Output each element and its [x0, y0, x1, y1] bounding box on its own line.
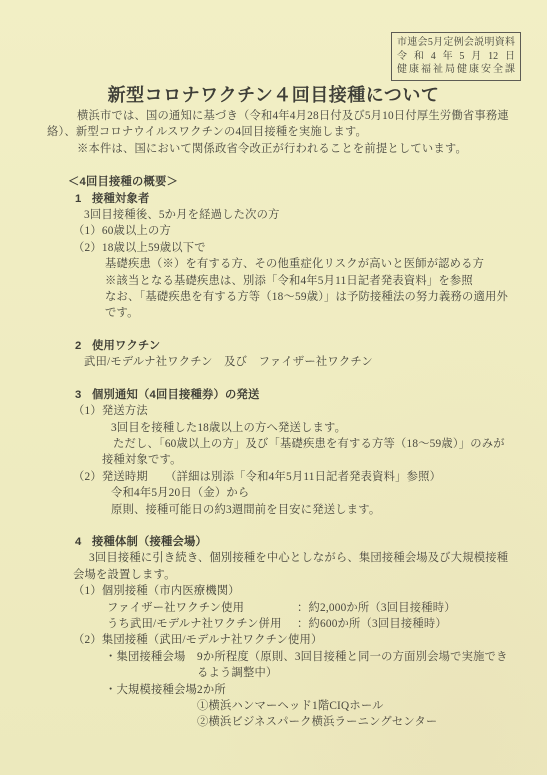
section-1-number: 1 — [75, 191, 92, 207]
section-1-item-2-detail-3: なお、「基礎疾患を有する方等（18～59歳）」は予防接種法の努力義務の適用外です… — [105, 289, 512, 322]
document-title: 新型コロナワクチン４回目接種について — [0, 81, 547, 107]
section-3-item-2-detail-2: 原則、接種可能日の約3週間前を目安に発送します。 — [111, 502, 512, 518]
section-4-intro-line: 3回目接種に引き続き、個別接種を中心としながら、集団接種会場及び大規模接種会場を… — [47, 550, 512, 583]
group-venue-label: ・集団接種会場 — [105, 649, 197, 682]
section-1-item-2-detail-1: 基礎疾患（※）を有する方、その他重症化リスクが高いと医師が認める方 — [105, 256, 512, 272]
section-3-item-2: （2）発送時期 （詳細は別添「令和4年5月11日記者発表資料」参照） — [73, 469, 512, 485]
section-1-heading: 1 接種対象者 — [75, 191, 512, 207]
section-4-item-2: （2）集団接種（武田/モデルナ社ワクチン使用） — [73, 632, 512, 648]
section-1-item-2: （2）18歳以上59歳以下で — [73, 240, 512, 256]
section-2-title: 使用ワクチン — [92, 338, 160, 354]
venue-line-2: ②横浜ビジネスパーク横浜ラーニングセンター — [197, 714, 512, 730]
section-2-body-line: 武田/モデルナ社ワクチン 及び ファイザー社ワクチン — [84, 354, 512, 370]
pfizer-sites-value: ：約2,000か所（3回目接種時） — [297, 600, 456, 616]
section-3-item-2-detail-1: 令和4年5月20日（金）から — [111, 485, 512, 501]
section-4-title: 接種体制（接種会場） — [92, 534, 207, 550]
meta-line-source: 市連会5月定例会説明資料 — [397, 36, 515, 50]
moderna-sites-row: うち武田/モデルナ社ワクチン併用 ：約600か所（3回目接種時） — [107, 616, 512, 632]
meta-line-department: 健康福祉局健康安全課 — [397, 63, 515, 77]
large-venue-label: ・大規模接種会場 — [105, 682, 197, 698]
section-1-item-2-detail-2: ※該当となる基礎疾患は、別添「令和4年5月11日記者発表資料」を参照 — [105, 273, 512, 289]
section-3-title: 個別通知（4回目接種券）の発送 — [92, 387, 259, 403]
overview-heading: ＜4回目接種の概要＞ — [68, 174, 512, 190]
moderna-sites-label: うち武田/モデルナ社ワクチン併用 — [107, 616, 297, 632]
section-4-item-1: （1）個別接種（市内医療機関） — [73, 583, 512, 599]
section-3-item-1: （1）発送方法 — [73, 403, 512, 419]
section-2-heading: 2 使用ワクチン — [75, 338, 512, 354]
section-1-title: 接種対象者 — [92, 191, 150, 207]
group-venue-value: 9か所程度（原則、3回目接種と同一の方面別会場で実施できるよう調整中） — [197, 649, 512, 682]
intro-paragraph-1: 横浜市では、国の通知に基づき（令和4年4月28日付及び5月10日付厚生労働省事務… — [47, 108, 512, 141]
document-meta-box: 市連会5月定例会説明資料 令和4年5月12日 健康福祉局健康安全課 — [391, 32, 521, 81]
section-1-intro-line: 3回目接種後、5か月を経過した次の方 — [84, 207, 512, 223]
large-venue-row: ・大規模接種会場 2か所 — [105, 682, 512, 698]
section-3-item-1-detail-1: 3回目を接種した18歳以上の方へ発送します。 — [111, 420, 512, 436]
large-venue-value: 2か所 — [197, 682, 512, 698]
intro-paragraph-2: ※本件は、国において関係政省令改正が行われることを前提としています。 — [47, 141, 512, 157]
document-body: 横浜市では、国の通知に基づき（令和4年4月28日付及び5月10日付厚生労働省事務… — [47, 108, 512, 731]
group-venue-row: ・集団接種会場 9か所程度（原則、3回目接種と同一の方面別会場で実施できるよう調… — [105, 649, 512, 682]
venue-line-1: ①横浜ハンマーヘッド1階CIQホール — [197, 698, 512, 714]
scanned-document-page: 市連会5月定例会説明資料 令和4年5月12日 健康福祉局健康安全課 新型コロナワ… — [0, 0, 547, 775]
section-3-item-1-detail-2: ただし、「60歳以上の方」及び「基礎疾患を有する方等（18～59歳）」のみが接種… — [47, 436, 512, 469]
section-2-number: 2 — [75, 338, 92, 354]
section-4-number: 4 — [75, 534, 92, 550]
pfizer-sites-label: ファイザー社ワクチン使用 — [107, 600, 297, 616]
section-3-number: 3 — [75, 387, 92, 403]
pfizer-sites-row: ファイザー社ワクチン使用 ：約2,000か所（3回目接種時） — [107, 600, 512, 616]
section-1-item-1: （1）60歳以上の方 — [73, 223, 512, 239]
section-3-heading: 3 個別通知（4回目接種券）の発送 — [75, 387, 512, 403]
section-4-heading: 4 接種体制（接種会場） — [75, 534, 512, 550]
moderna-sites-value: ：約600か所（3回目接種時） — [297, 616, 447, 632]
meta-line-date: 令和4年5月12日 — [397, 50, 515, 64]
